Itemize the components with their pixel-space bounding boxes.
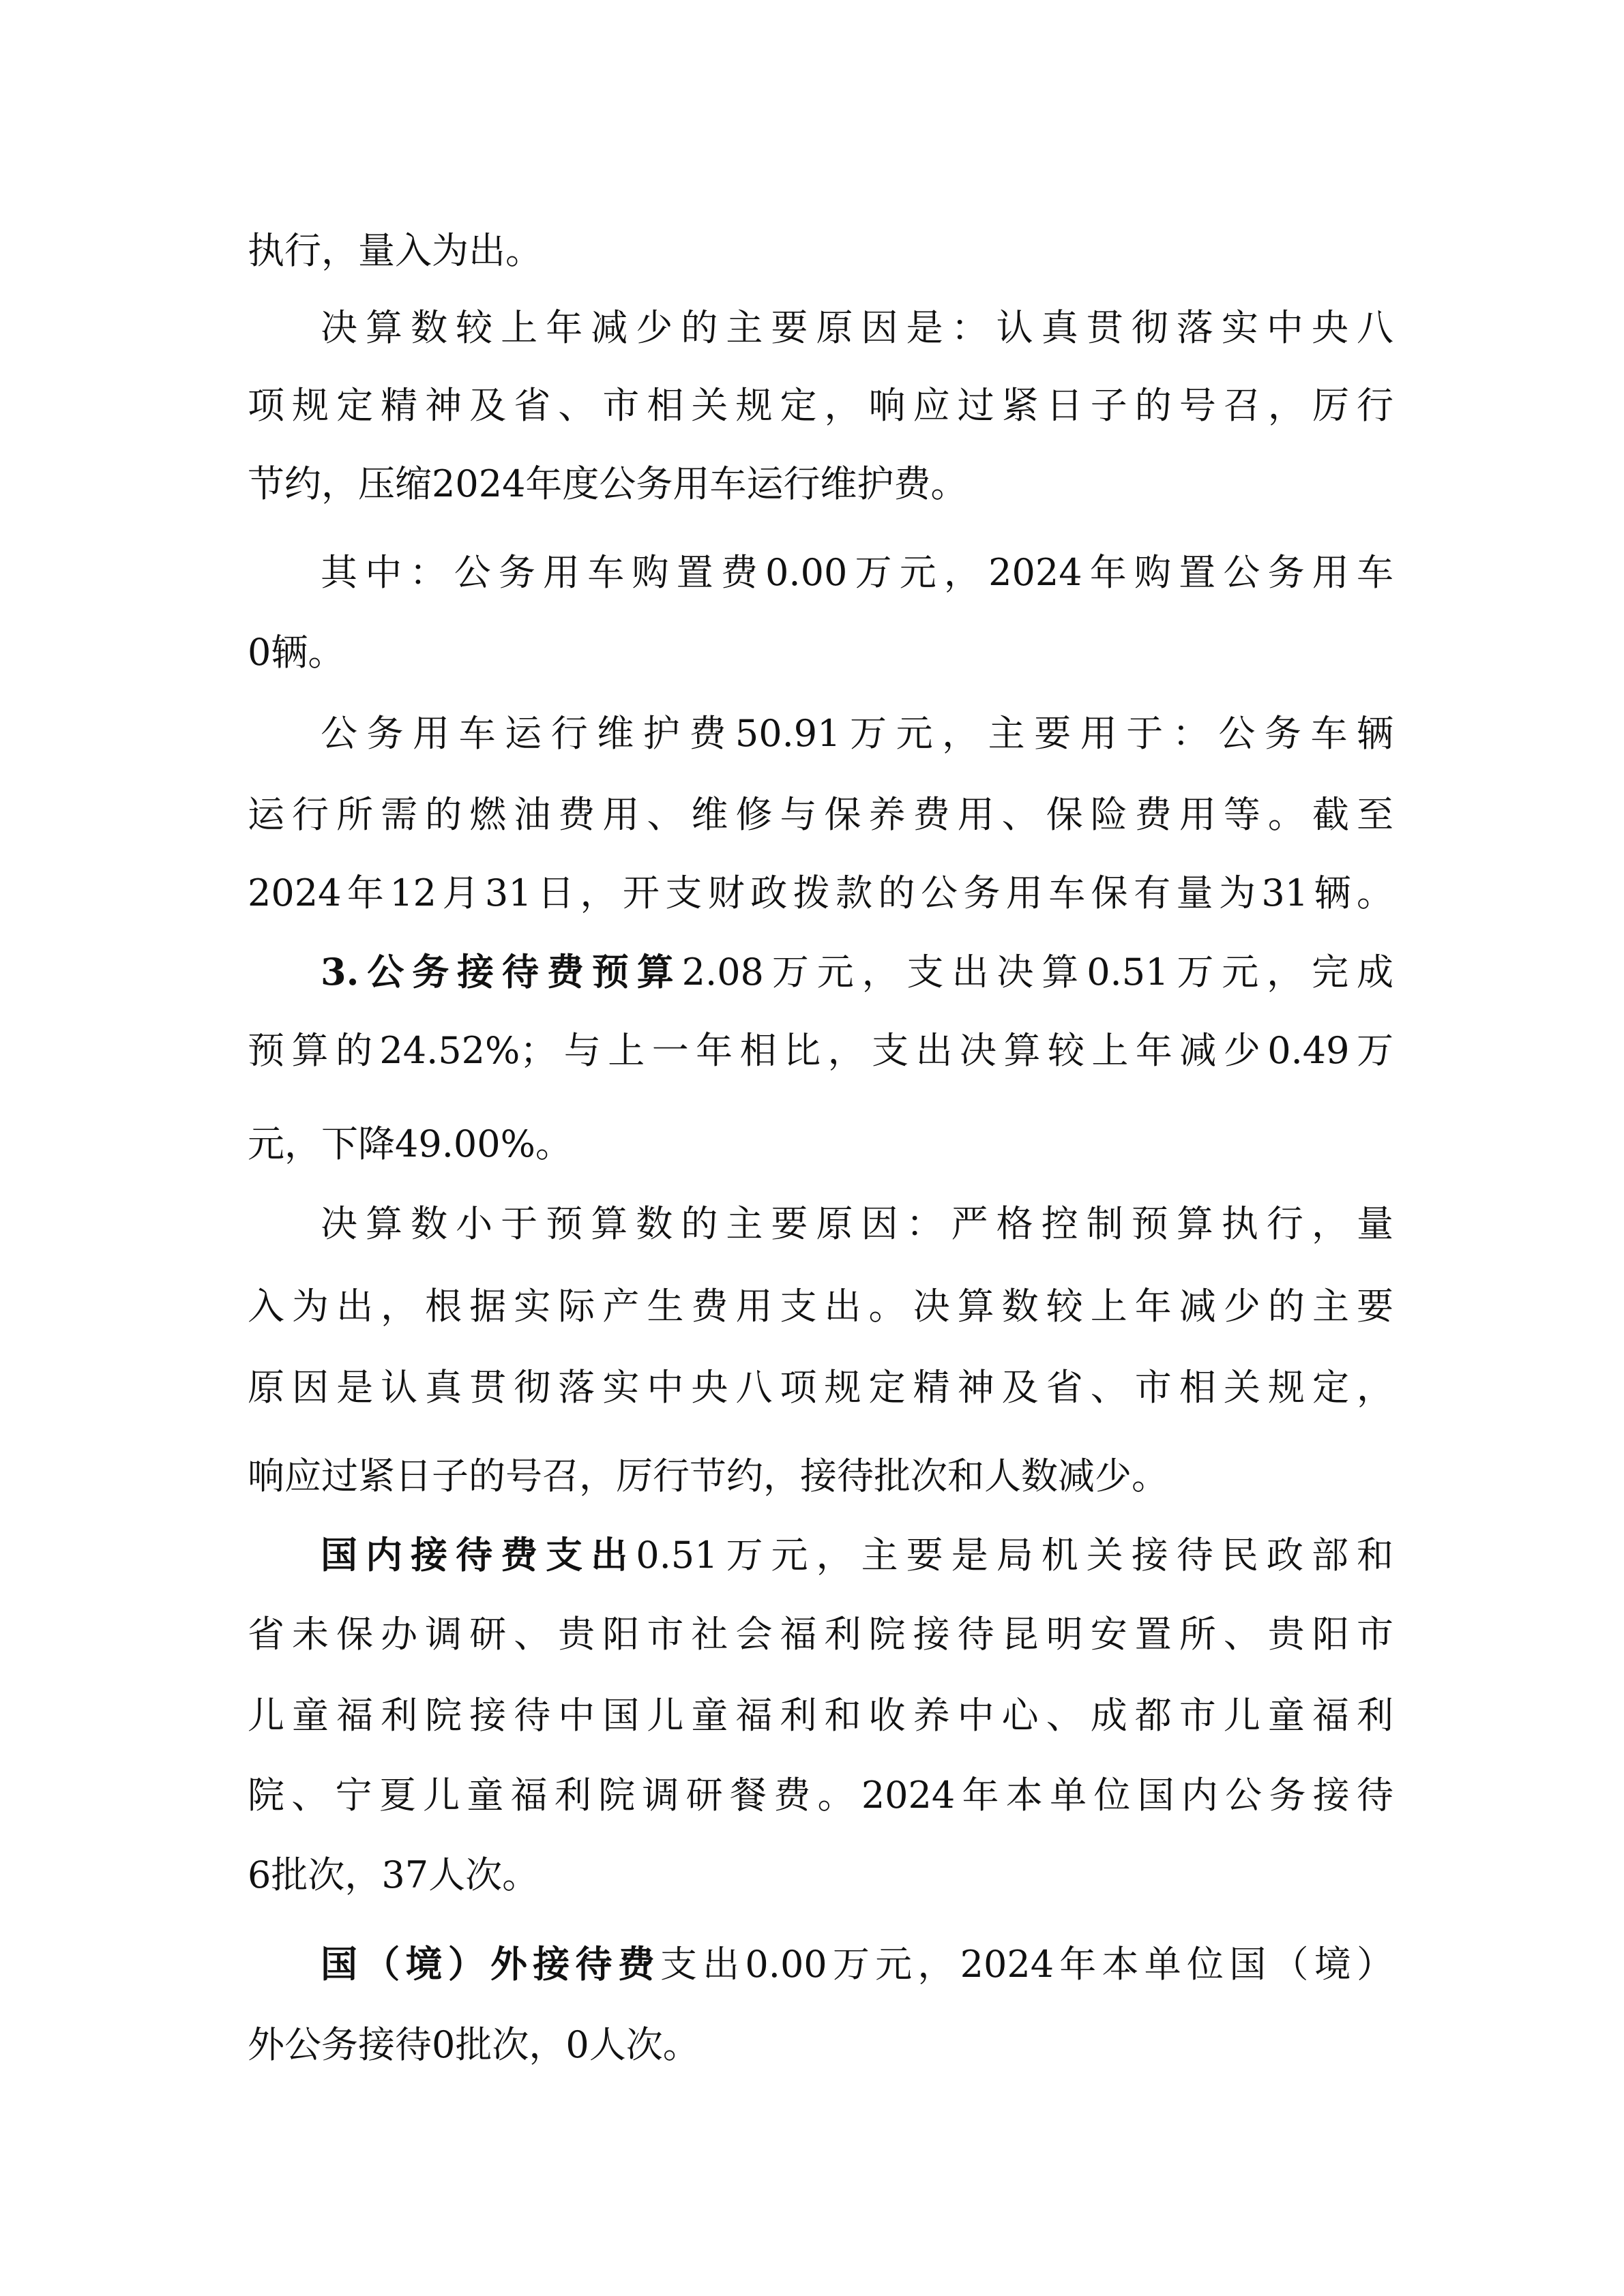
paragraph-line-with-heading: 3.公务接待费预算2.08万元，支出决算0.51万元，完成 (321, 948, 1393, 996)
paragraph-line: 执行，量入为出。 (248, 227, 1393, 275)
paragraph-text: 0.51万元，主要是局机关接待民政部和 (636, 1534, 1393, 1577)
paragraph-text: 2.08万元，支出决算0.51万元，完成 (682, 951, 1393, 994)
paragraph-line-with-heading: 国（境）外接待费支出0.00万元，2024年本单位国（境） (321, 1940, 1393, 1988)
paragraph-line: 公务用车运行维护费50.91万元，主要用于：公务车辆 (321, 710, 1393, 758)
paragraph-line: 决算数较上年减少的主要原因是：认真贯彻落实中央八 (321, 304, 1393, 352)
paragraph-line: 0辆。 (248, 629, 1393, 676)
paragraph-line: 院、宁夏儿童福利院调研餐费。2024年本单位国内公务接待 (248, 1772, 1393, 1819)
paragraph-line: 项规定精神及省、市相关规定，响应过紧日子的号召，厉行 (248, 382, 1393, 430)
paragraph-line: 省未保办调研、贵阳市社会福利院接待昆明安置所、贵阳市 (248, 1611, 1393, 1658)
paragraph-line: 其中：公务用车购置费0.00万元，2024年购置公务用车 (321, 549, 1393, 597)
section-heading: 国内接待费支出 (321, 1533, 636, 1577)
paragraph-line: 外公务接待0批次，0人次。 (248, 2021, 1393, 2069)
paragraph-line-with-heading: 国内接待费支出0.51万元，主要是局机关接待民政部和 (321, 1531, 1393, 1579)
paragraph-line: 决算数小于预算数的主要原因：严格控制预算执行，量 (321, 1200, 1393, 1248)
paragraph-line: 2024年12月31日，开支财政拨款的公务用车保有量为31辆。 (248, 869, 1393, 917)
paragraph-line: 节约，压缩2024年度公务用车运行维护费。 (248, 460, 1393, 508)
paragraph-line: 入为出，根据实际产生费用支出。决算数较上年减少的主要 (248, 1283, 1393, 1330)
paragraph-line: 原因是认真贯彻落实中央八项规定精神及省、市相关规定， (248, 1364, 1393, 1412)
paragraph-line: 预算的24.52%；与上一年相比，支出决算较上年减少0.49万 (248, 1027, 1393, 1075)
section-heading: 国（境）外接待费 (321, 1942, 660, 1986)
section-heading: 3.公务接待费预算 (321, 950, 682, 994)
paragraph-line: 元，下降49.00%。 (248, 1120, 1393, 1168)
paragraph-line: 儿童福利院接待中国儿童福利和收养中心、成都市儿童福利 (248, 1692, 1393, 1740)
paragraph-line: 响应过紧日子的号召，厉行节约，接待批次和人数减少。 (248, 1452, 1393, 1500)
paragraph-line: 6批次，37人次。 (248, 1851, 1393, 1899)
paragraph-line: 运行所需的燃油费用、维修与保养费用、保险费用等。截至 (248, 791, 1393, 839)
paragraph-text: 支出0.00万元，2024年本单位国（境） (660, 1943, 1393, 1986)
document-page: 执行，量入为出。 决算数较上年减少的主要原因是：认真贯彻落实中央八 项规定精神及… (0, 0, 1624, 2296)
